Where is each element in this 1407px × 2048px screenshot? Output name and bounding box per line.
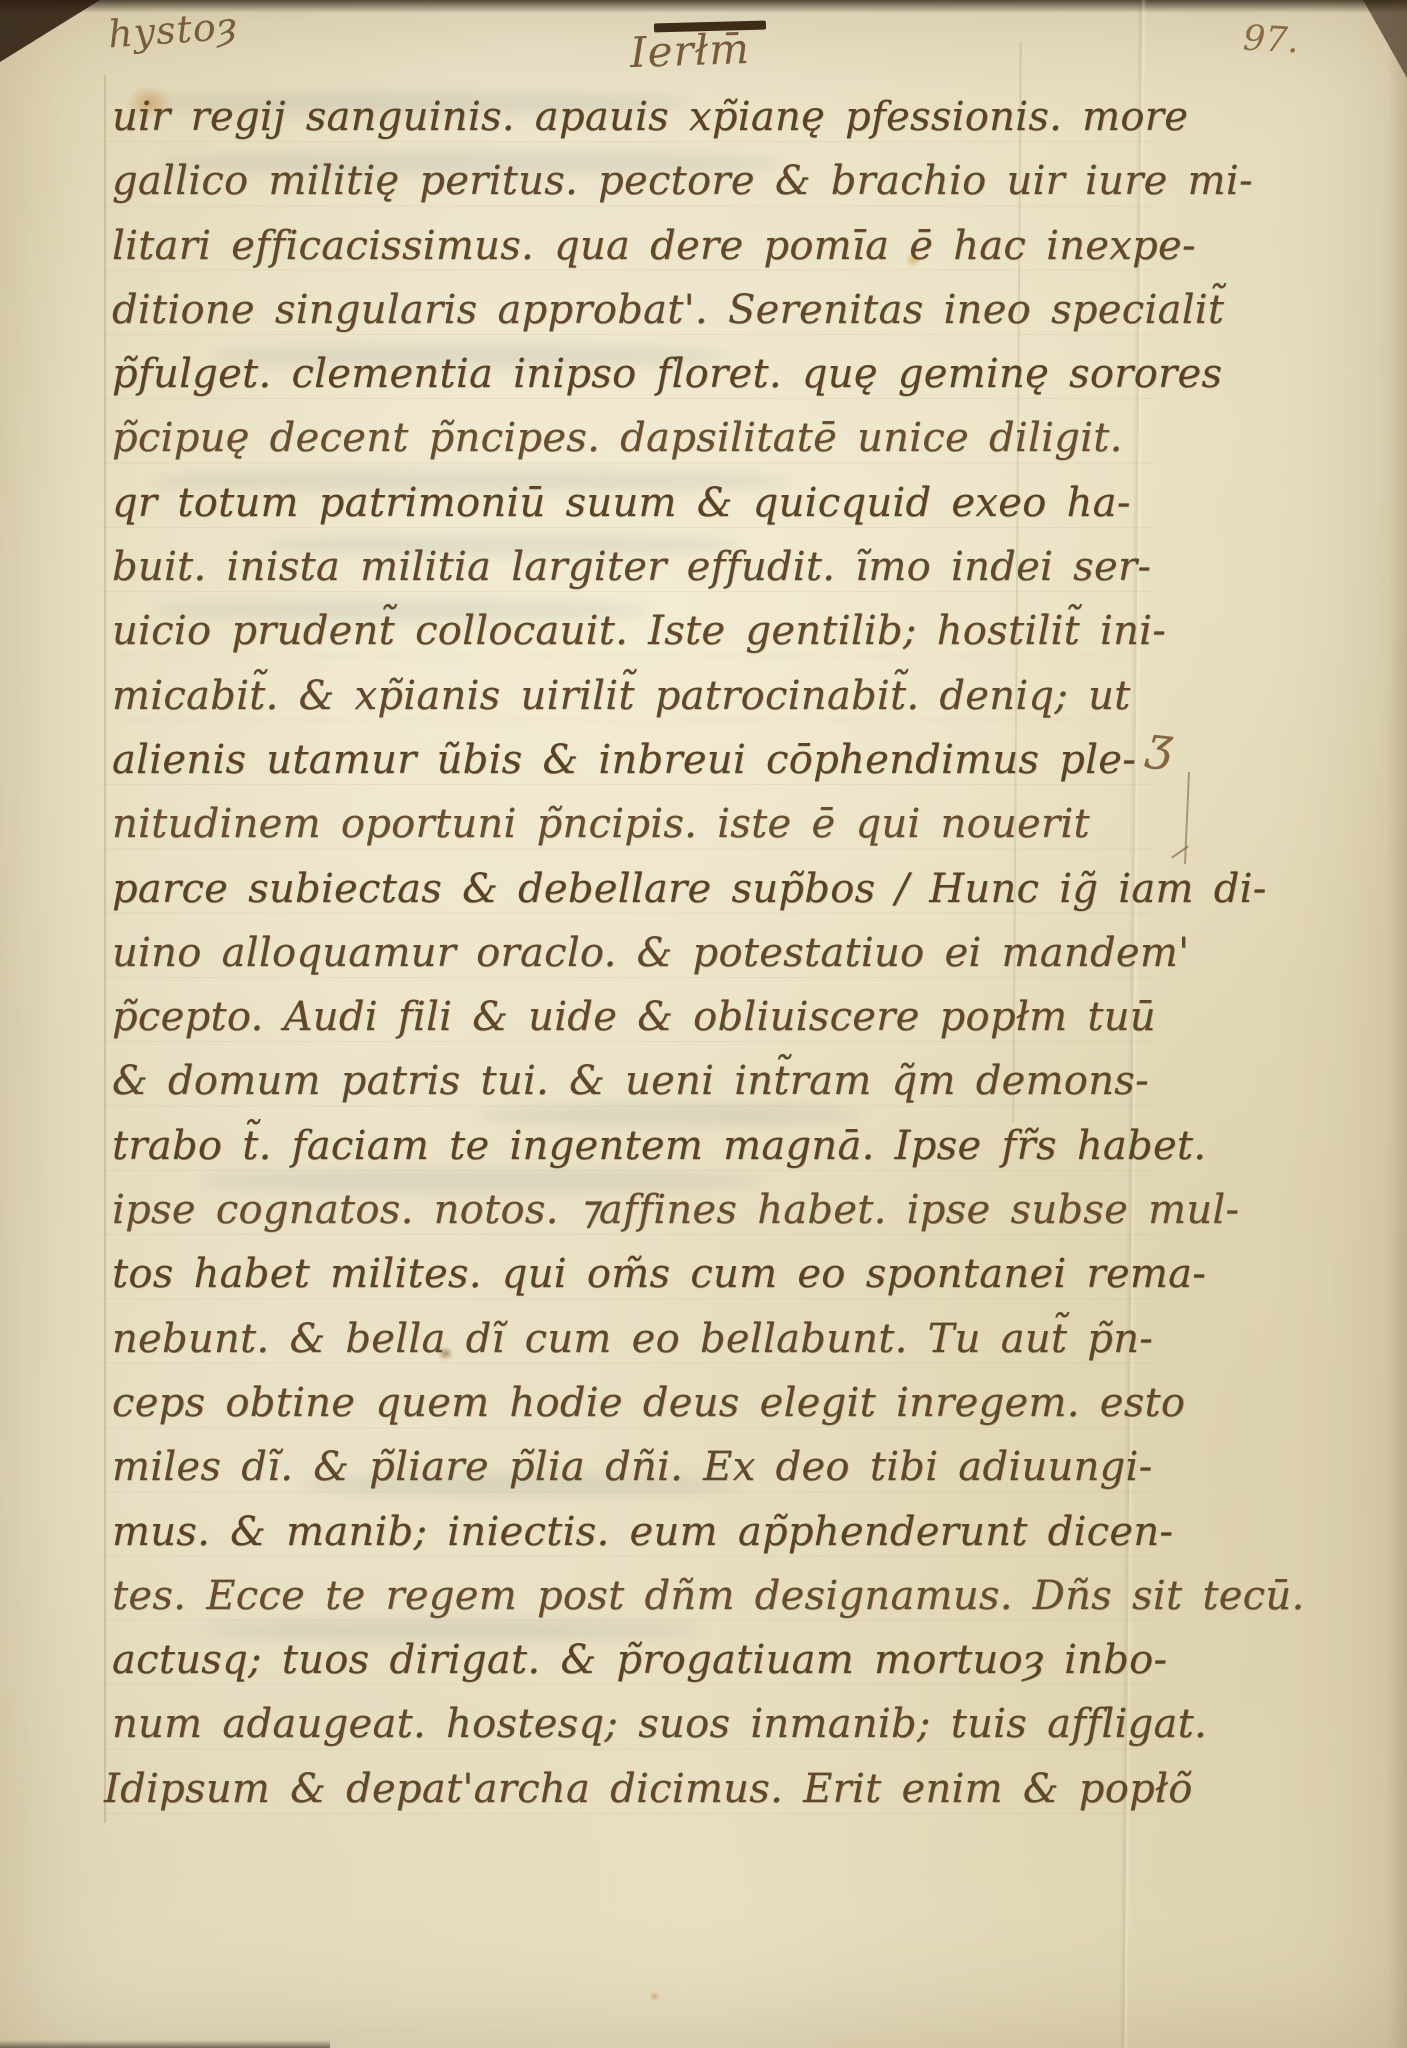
manuscript-line: tos habet milites. qui om̃s cum eo spont… xyxy=(112,1242,1304,1306)
text-block: uir regij sanguinis. apauis xp̃ianę pfes… xyxy=(112,85,1304,1821)
manuscript-line: p̃fulget. clementia inipso floret. quę g… xyxy=(112,342,1304,406)
manuscript-line: trabo t̃. faciam te ingentem magnā. Ipse… xyxy=(112,1114,1304,1178)
manuscript-line: uino alloquamur oraclo. & potestatiuo ei… xyxy=(112,921,1304,985)
stain-spot xyxy=(650,1992,659,2001)
manuscript-line: nitudinem oportuni p̃ncipis. iste ē qui … xyxy=(112,792,1304,856)
page-edge-right-shade xyxy=(1387,0,1407,2048)
manuscript-line: gallico militię peritus. pectore & brach… xyxy=(112,149,1304,213)
manuscript-line: mus. & manib; iniectis. eum ap̃phenderun… xyxy=(112,1500,1304,1564)
manuscript-page: hystoȝ Ierłm̄ 97. Ʒ uir regij sanguinis.… xyxy=(0,0,1407,2048)
manuscript-line: uir regij sanguinis. apauis xp̃ianę pfes… xyxy=(112,85,1304,149)
manuscript-line: alienis utamur ũbis & inbreui cōphendimu… xyxy=(112,728,1304,792)
folio-number: 97. xyxy=(1242,19,1300,62)
manuscript-line: parce subiectas & debellare sup̃bos / Hu… xyxy=(112,857,1304,921)
manuscript-line: miles dĩ. & p̃liare p̃lia dñi. Ex deo ti… xyxy=(112,1435,1304,1499)
manuscript-line: & domum patris tui. & ueni int̃ram q̃m d… xyxy=(112,1049,1304,1113)
page-corner-top-left xyxy=(0,0,100,62)
manuscript-line: num adaugeat. hostesq; suos inmanib; tui… xyxy=(112,1692,1304,1756)
ruling-vertical-left xyxy=(104,75,106,1823)
manuscript-line: qr totum patrimoniū suum & quicquid exeo… xyxy=(112,471,1304,535)
running-header-left: hystoȝ xyxy=(107,4,239,57)
page-edge-bottom-left xyxy=(0,2040,330,2048)
manuscript-line: ceps obtine quem hodie deus elegit inreg… xyxy=(112,1371,1304,1435)
manuscript-line: uicio prudent̃ collocauit. Iste gentilib… xyxy=(112,599,1304,663)
manuscript-line: actusq; tuos dirigat. & p̃rogatiuam mort… xyxy=(112,1628,1304,1692)
manuscript-line: ditione singularis approbat'. Serenitas … xyxy=(112,278,1304,342)
manuscript-line: p̃cepto. Audi fili & uide & obliuiscere … xyxy=(112,985,1304,1049)
running-header-center: Ierłm̄ xyxy=(629,24,751,77)
manuscript-line: nebunt. & bella dĩ cum eo bellabunt. Tu … xyxy=(112,1307,1304,1371)
manuscript-line: tes. Ecce te regem post dñm designamus. … xyxy=(112,1564,1304,1628)
manuscript-line: Idipsum & depat'archa dicimus. Erit enim… xyxy=(104,1757,1304,1821)
manuscript-line: p̃cipuę decent p̃ncipes. dapsilitatē uni… xyxy=(112,406,1304,470)
manuscript-line: litari efficacissimus. qua dere pomīa ē … xyxy=(112,214,1304,278)
manuscript-line: micabit̃. & xp̃ianis uirilit̃ patrocinab… xyxy=(112,664,1304,728)
manuscript-line: buit. inista militia largiter effudit. ĩ… xyxy=(112,535,1304,599)
manuscript-line: ipse cognatos. notos. ⁊affines habet. ip… xyxy=(112,1178,1304,1242)
